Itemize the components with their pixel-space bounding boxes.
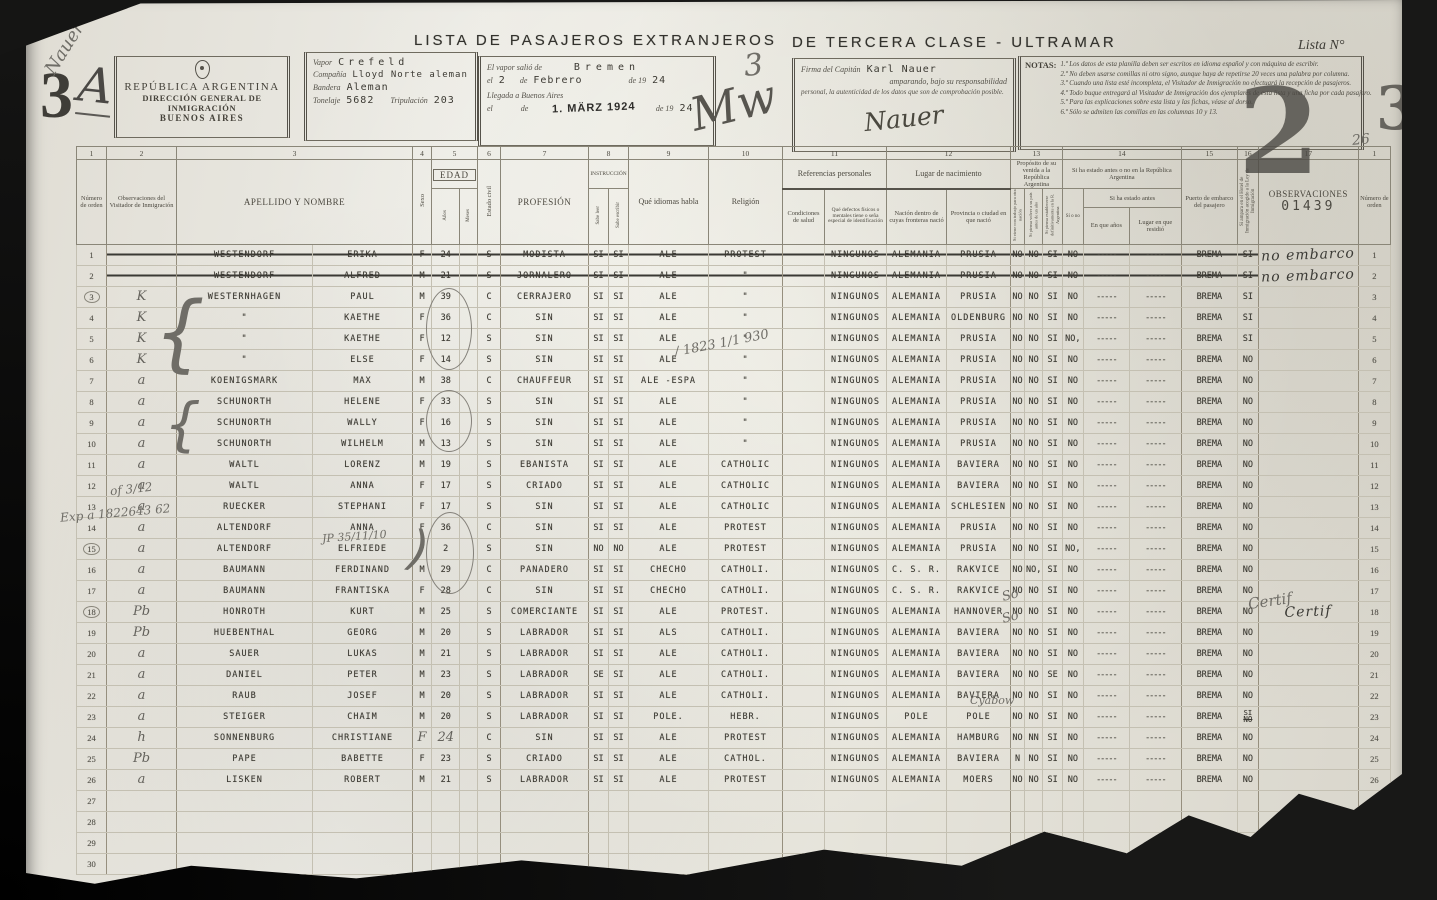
cell-civil: S	[478, 601, 501, 622]
tonelaje-label: Tonelaje	[313, 96, 340, 105]
cell-yrs	[1083, 790, 1129, 811]
cell-place: -----	[1129, 307, 1181, 328]
cell-province: PRUSIA	[947, 412, 1011, 433]
cell-rel	[709, 811, 783, 832]
col-header-estado-antes: Si ha estado antes o no en la República …	[1062, 160, 1181, 189]
cell-given: GEORG	[313, 622, 413, 643]
cell-hotel: NO	[1237, 496, 1258, 517]
el-label: el	[487, 76, 493, 85]
cell-yrs: -----	[1083, 370, 1129, 391]
cell-port: BREMA	[1181, 517, 1237, 538]
cell-hotel: SI	[1237, 265, 1258, 286]
cell-years: 36	[432, 307, 460, 328]
cell-province: PRUSIA	[947, 265, 1011, 286]
cell-port: BREMA	[1181, 433, 1237, 454]
cell-health	[783, 286, 825, 307]
cell-write	[609, 832, 629, 853]
cell-province: RAKVICE	[947, 580, 1011, 601]
cell-yrs: -----	[1083, 412, 1129, 433]
cell-n: 9	[77, 412, 107, 433]
cell-obs	[1258, 538, 1358, 559]
anio2-pre: de 19	[656, 104, 674, 113]
cell-v3: SI	[1043, 433, 1063, 454]
cell-province	[947, 790, 1011, 811]
cell-health	[783, 769, 825, 790]
cell-surname: ALTENDORF	[177, 538, 313, 559]
table-row: 10aSCHUNORTHWILHELMM13SSINSISIALE"NINGUN…	[77, 433, 1391, 454]
cell-v2: NO	[1025, 580, 1043, 601]
cell-v1: NO	[1011, 559, 1025, 580]
cell-been: NO	[1062, 517, 1083, 538]
cell-n: 4	[77, 307, 107, 328]
cell-v1: NO	[1011, 265, 1025, 286]
cell-hotel: NO	[1237, 769, 1258, 790]
cell-civil: S	[478, 769, 501, 790]
cell-been: NO	[1062, 685, 1083, 706]
cell-been: NO	[1062, 580, 1083, 601]
cell-hotel: NO	[1237, 475, 1258, 496]
cell-defects: NINGUNOS	[825, 496, 887, 517]
cell-hotel: NO	[1237, 412, 1258, 433]
note-4: 4.ª Todo buque entregará al Visitador de…	[1061, 89, 1372, 99]
cell-given	[313, 811, 413, 832]
cell-province: BAVIERA	[947, 475, 1011, 496]
cell-v2: NO	[1025, 622, 1043, 643]
cell-years	[432, 832, 460, 853]
cell-mark: K	[107, 286, 177, 307]
cell-civil	[478, 832, 501, 853]
cell-v3: SI	[1043, 748, 1063, 769]
cell-years: 14	[432, 349, 460, 370]
cell-write: SI	[609, 517, 629, 538]
cell-hotel: NO	[1237, 538, 1258, 559]
cell-province	[947, 811, 1011, 832]
cell-mark: K	[107, 307, 177, 328]
cell-v2: NO	[1025, 643, 1043, 664]
cell-obs: no embarco	[1258, 263, 1359, 287]
table-row: 3030	[77, 853, 1391, 874]
cell-write: SI	[609, 706, 629, 727]
arrival-date-stamp: 1. MÄRZ 1924	[552, 101, 636, 116]
note-6: 6.ª Sólo se admiten las comillas en las …	[1061, 108, 1372, 118]
cell-civil: S	[478, 244, 501, 265]
cell-yrs: -----	[1083, 286, 1129, 307]
table-row: 13aRUECKERSTEPHANIF17SSINSISIALECATHOLIC…	[77, 496, 1391, 517]
cell-health	[783, 454, 825, 475]
cell-rel: CATHOLI.	[709, 559, 783, 580]
cell-surname: RAUB	[177, 685, 313, 706]
cell-months	[460, 769, 478, 790]
cell-surname: SCHUNORTH	[177, 433, 313, 454]
column-number-row: 12 34 56 78 910 1112 1314 1516 171	[77, 147, 1391, 160]
cell-province	[947, 853, 1011, 874]
cell-defects: NINGUNOS	[825, 559, 887, 580]
cell-province: PRUSIA	[947, 370, 1011, 391]
cell-province: BAVIERA	[947, 748, 1011, 769]
cell-write	[609, 790, 629, 811]
cell-given: ROBERT	[313, 769, 413, 790]
cell-months	[460, 790, 478, 811]
cell-nation	[887, 853, 947, 874]
cell-n: 1	[77, 244, 107, 265]
cell-been: NO	[1062, 265, 1083, 286]
cell-nation: ALEMANIA	[887, 748, 947, 769]
cell-port: BREMA	[1181, 580, 1237, 601]
col-header-observaciones-visitador: Observaciones del Visitador de Inmigraci…	[107, 160, 177, 245]
cell-v1: NO	[1011, 412, 1025, 433]
col-header-apellido-nombre: APELLIDO Y NOMBRE	[177, 160, 413, 245]
cell-rel: PROTEST.	[709, 601, 783, 622]
cell-v3: SI	[1043, 517, 1063, 538]
cell-sex	[413, 790, 432, 811]
cell-rel: CATHOLIC	[709, 454, 783, 475]
cell-civil: S	[478, 433, 501, 454]
cell-given: ELSE	[313, 349, 413, 370]
col-header-hotel: Si ampara en el Hotel de Inmigración aco…	[1237, 160, 1258, 245]
col-header-idiomas: Qué idiomas habla	[629, 160, 709, 245]
cell-v2: NO	[1025, 601, 1043, 622]
cell-v1: NO	[1011, 664, 1025, 685]
cell-v2: NO	[1025, 412, 1043, 433]
cell-mark: a	[107, 559, 177, 580]
cell-v2: NO	[1025, 748, 1043, 769]
cell-yrs	[1083, 853, 1129, 874]
cell-sex: F	[413, 307, 432, 328]
cell-been	[1062, 832, 1083, 853]
cell-years: 2	[432, 538, 460, 559]
cell-lang: ALE	[629, 538, 709, 559]
cell-nation	[887, 832, 947, 853]
subheader-lugar-residio: Lugar en que residió	[1129, 208, 1181, 245]
cell-place: -----	[1129, 643, 1181, 664]
cell-mark: Pb	[107, 601, 177, 622]
cell-write: NO	[609, 538, 629, 559]
cell-n: 25	[77, 748, 107, 769]
cell-lang	[629, 811, 709, 832]
cell-lang: ALE	[629, 244, 709, 265]
cell-n: 20	[77, 643, 107, 664]
cell-sex: F	[413, 517, 432, 538]
cell-v2: NO	[1025, 349, 1043, 370]
table-row: 6K"ELSEF14SSINSISIALE"NINGUNOSALEMANIAPR…	[77, 349, 1391, 370]
cell-v2: NO	[1025, 286, 1043, 307]
cell-years: 29	[432, 559, 460, 580]
cell-v2: NN	[1025, 727, 1043, 748]
cell-n2: 16	[1358, 559, 1390, 580]
cell-lang: ALE	[629, 601, 709, 622]
cell-hotel: NO	[1237, 622, 1258, 643]
cell-sex	[413, 832, 432, 853]
cell-read: SI	[589, 769, 609, 790]
cell-defects: NINGUNOS	[825, 685, 887, 706]
cell-obs	[1258, 454, 1358, 475]
cell-civil: C	[478, 559, 501, 580]
col-header-referencias: Referencias personales	[783, 160, 887, 189]
cell-months	[460, 832, 478, 853]
cell-n: 26	[77, 769, 107, 790]
cell-months	[460, 454, 478, 475]
cell-read: SI	[589, 727, 609, 748]
cell-defects: NINGUNOS	[825, 433, 887, 454]
note-3: 3.ª Cuando una lista esté incompleta, el…	[1061, 79, 1372, 89]
table-row: 19PbHUEBENTHALGEORGM20SLABRADORSISIALSCA…	[77, 622, 1391, 643]
cell-prof: CHAUFFEUR	[501, 370, 589, 391]
cell-nation: ALEMANIA	[887, 244, 947, 265]
cell-civil: S	[478, 391, 501, 412]
cell-place: -----	[1129, 265, 1181, 286]
cell-obs	[1258, 580, 1358, 601]
cell-surname: WALTL	[177, 475, 313, 496]
cell-v3: SI	[1043, 454, 1063, 475]
cell-place: -----	[1129, 496, 1181, 517]
cell-mark	[107, 853, 177, 874]
cell-yrs: -----	[1083, 391, 1129, 412]
cell-sex: M	[413, 433, 432, 454]
cell-n2: 8	[1358, 391, 1390, 412]
cell-v1: NO	[1011, 643, 1025, 664]
cell-port: BREMA	[1181, 706, 1237, 727]
org-name: REPÚBLICA ARGENTINA	[117, 81, 287, 93]
cell-given: FERDINAND	[313, 559, 413, 580]
cell-years	[432, 790, 460, 811]
col-header-puerto: Puerto de embarco del pasajero	[1181, 160, 1237, 245]
cell-sex: M	[413, 265, 432, 286]
subheader-proposito-1: Si viene con trabajo para otra nación	[1011, 189, 1025, 245]
cell-nation: ALEMANIA	[887, 727, 947, 748]
cell-defects: NINGUNOS	[825, 328, 887, 349]
cell-lang: ALE	[629, 475, 709, 496]
cell-province: RAKVICE	[947, 559, 1011, 580]
cell-write: SI	[609, 328, 629, 349]
cell-v1	[1011, 790, 1025, 811]
cell-rel: PROTEST	[709, 727, 783, 748]
cell-v3: SI	[1043, 727, 1063, 748]
cell-nation: ALEMANIA	[887, 538, 947, 559]
cell-province: BAVIERA	[947, 643, 1011, 664]
cell-v1: NO	[1011, 727, 1025, 748]
cell-hotel: SI	[1237, 244, 1258, 265]
cell-sex: F	[413, 328, 432, 349]
cell-n: 27	[77, 790, 107, 811]
cell-v3: SI	[1043, 286, 1063, 307]
cell-sex: F	[413, 748, 432, 769]
cell-read: SI	[589, 685, 609, 706]
cell-given: WILHELM	[313, 433, 413, 454]
cell-surname: SONNENBURG	[177, 727, 313, 748]
cell-mark	[107, 811, 177, 832]
cell-v1: NO	[1011, 769, 1025, 790]
cell-yrs: -----	[1083, 601, 1129, 622]
cell-read: SI	[589, 307, 609, 328]
cell-years: 19	[432, 454, 460, 475]
cell-n2: 6	[1358, 349, 1390, 370]
cell-yrs: -----	[1083, 664, 1129, 685]
cell-sex: M	[413, 601, 432, 622]
table-row: 7aKOENIGSMARKMAXM38CCHAUFFEURSISIALE -ES…	[77, 370, 1391, 391]
cell-months	[460, 517, 478, 538]
cell-lang: ALE	[629, 349, 709, 370]
cell-prof: LABRADOR	[501, 643, 589, 664]
cell-yrs: -----	[1083, 307, 1129, 328]
cell-write: SI	[609, 391, 629, 412]
cell-rel: HEBR.	[709, 706, 783, 727]
cell-n: 16	[77, 559, 107, 580]
cell-mark: a	[107, 769, 177, 790]
table-row: 16aBAUMANNFERDINANDM29CPANADEROSISICHECH…	[77, 559, 1391, 580]
cell-port: BREMA	[1181, 727, 1237, 748]
cell-province: PRUSIA	[947, 244, 1011, 265]
cell-n: 5	[77, 328, 107, 349]
cell-hotel: NO	[1237, 349, 1258, 370]
cell-v2: NO	[1025, 244, 1043, 265]
cell-hotel: SI	[1237, 286, 1258, 307]
cell-province: PRUSIA	[947, 286, 1011, 307]
cell-mark: a	[107, 643, 177, 664]
cell-been	[1062, 853, 1083, 874]
cell-health	[783, 664, 825, 685]
handwritten-annotation: 3	[742, 47, 765, 84]
cell-rel: CATHOLIC	[709, 496, 783, 517]
cell-defects: NINGUNOS	[825, 664, 887, 685]
cell-v3: SI	[1043, 265, 1063, 286]
cell-months	[460, 664, 478, 685]
cell-v1: NO	[1011, 391, 1025, 412]
cell-province	[947, 832, 1011, 853]
cell-province: BAVIERA	[947, 664, 1011, 685]
cell-months	[460, 286, 478, 307]
cell-place	[1129, 811, 1181, 832]
cell-nation: ALEMANIA	[887, 496, 947, 517]
cell-given: KURT	[313, 601, 413, 622]
cell-rel: "	[709, 286, 783, 307]
col-header-instruccion: INSTRUCCIÓN	[589, 160, 629, 189]
ship-box: Vapor Crefeld Compañía Lloyd Norte alema…	[304, 52, 478, 141]
cell-defects	[825, 853, 887, 874]
cell-hotel: SI	[1237, 328, 1258, 349]
cell-v3	[1043, 832, 1063, 853]
cell-sex: M	[413, 370, 432, 391]
cell-n2: 18	[1358, 601, 1390, 622]
cell-n: 30	[77, 853, 107, 874]
cell-defects: NINGUNOS	[825, 580, 887, 601]
anio-pre: de 19	[629, 76, 647, 85]
cell-place: -----	[1129, 580, 1181, 601]
cell-civil: C	[478, 580, 501, 601]
cell-obs	[1258, 517, 1358, 538]
cell-read: SI	[589, 559, 609, 580]
cell-sex: F	[413, 727, 432, 748]
cell-n2: 23	[1358, 706, 1390, 727]
cell-mark	[107, 244, 177, 265]
table-row: 18PbHONROTHKURTM25SCOMERCIANTESISIALEPRO…	[77, 601, 1391, 622]
cell-place: -----	[1129, 433, 1181, 454]
cell-nation: ALEMANIA	[887, 454, 947, 475]
cell-nation: POLE	[887, 706, 947, 727]
cell-hotel: SINO	[1237, 706, 1258, 727]
cell-place: -----	[1129, 601, 1181, 622]
cell-given: CHRISTIANE	[313, 727, 413, 748]
captain-name: Karl Nauer	[867, 64, 937, 75]
cell-been: NO	[1062, 307, 1083, 328]
cell-n2: 9	[1358, 412, 1390, 433]
org-direccion: DIRECCIÓN GENERAL DE INMIGRACIÓN	[117, 93, 287, 113]
cell-province: MOERS	[947, 769, 1011, 790]
cell-been: NO	[1062, 643, 1083, 664]
cell-hotel: NO	[1237, 370, 1258, 391]
cell-n: 13	[77, 496, 107, 517]
cell-lang: ALE	[629, 412, 709, 433]
table-row: 8aSCHUNORTHHELENEF33SSINSISIALE"NINGUNOS…	[77, 391, 1391, 412]
note-2: 2.ª No deben usarse comillas ni otro sig…	[1061, 70, 1372, 80]
cell-province: PRUSIA	[947, 391, 1011, 412]
cell-nation: ALEMANIA	[887, 286, 947, 307]
table-row: 22aRAUBJOSEFM20SLABRADORSISIALECATHOLI.N…	[77, 685, 1391, 706]
cell-n: 23	[77, 706, 107, 727]
subheader-proposito-3: Si piensa establecerse definitivamente e…	[1043, 189, 1063, 245]
cell-months	[460, 622, 478, 643]
cell-years: 20	[432, 685, 460, 706]
cell-v1: NO	[1011, 349, 1025, 370]
cell-mark: h	[107, 727, 177, 748]
cell-v2: NO	[1025, 454, 1043, 475]
cell-sex	[413, 811, 432, 832]
compania-value: Lloyd Norte aleman	[352, 70, 468, 80]
cell-prof: CRIADO	[501, 475, 589, 496]
cell-v2: NO	[1025, 265, 1043, 286]
cell-nation: ALEMANIA	[887, 622, 947, 643]
cell-health	[783, 685, 825, 706]
captain-line3: personal, la autenticidad de los datos q…	[801, 88, 1004, 96]
cell-prof: SIN	[501, 433, 589, 454]
cell-v3	[1043, 811, 1063, 832]
cell-lang: ALE	[629, 517, 709, 538]
cell-port: BREMA	[1181, 769, 1237, 790]
cell-given: LORENZ	[313, 454, 413, 475]
cell-years: 23	[432, 748, 460, 769]
cell-prof: LABRADOR	[501, 769, 589, 790]
firma-label: Firma del Capitán	[801, 65, 861, 74]
cell-mark: a	[107, 706, 177, 727]
cell-rel	[709, 853, 783, 874]
cell-sex: F	[413, 496, 432, 517]
cell-v1: NO	[1011, 328, 1025, 349]
cell-hotel: NO	[1237, 580, 1258, 601]
cell-place: -----	[1129, 328, 1181, 349]
cell-v1: NO	[1011, 706, 1025, 727]
cell-lang: ALE	[629, 265, 709, 286]
cell-given: ALFRED	[313, 265, 413, 286]
cell-province: OLDENBURG	[947, 307, 1011, 328]
page-number-printed: 3	[40, 66, 73, 126]
cell-lang: ALE	[629, 664, 709, 685]
cell-years: 38	[432, 370, 460, 391]
cell-lang: ALE	[629, 727, 709, 748]
cell-n: 3	[77, 286, 107, 307]
cell-civil	[478, 790, 501, 811]
cell-obs	[1258, 349, 1358, 370]
cell-years: 33	[432, 391, 460, 412]
cell-v2: NO	[1025, 706, 1043, 727]
cell-surname: WESTERNHAGEN	[177, 286, 313, 307]
cell-prof: LABRADOR	[501, 664, 589, 685]
compania-label: Compañía	[313, 70, 346, 79]
cell-yrs: -----	[1083, 643, 1129, 664]
cell-yrs: -----	[1083, 748, 1129, 769]
cell-v3: SI	[1043, 475, 1063, 496]
cell-been	[1062, 811, 1083, 832]
cell-n: 15	[77, 538, 107, 559]
cell-obs: Certif	[1258, 599, 1359, 623]
